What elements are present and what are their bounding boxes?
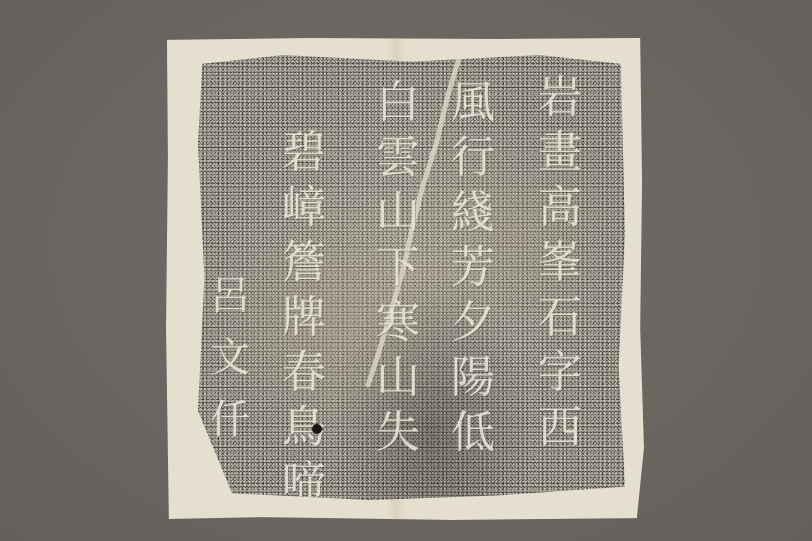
character: 陽 [451,350,495,405]
character: 字 [538,345,582,400]
character: 白 [376,75,420,130]
inscription-signature-column: 呂 文 仟 [210,265,250,451]
character: 低 [451,405,495,460]
ink-dot-mark [312,424,322,434]
inscription-column-1: 岩 畫 高 峯 石 字 西 [538,70,582,455]
inscription-column-3: 白 雲 山 下 寒 山 失 [376,75,420,460]
character: 牌 [282,290,326,345]
character: 綫 [451,185,495,240]
character: 西 [538,400,582,455]
character: 高 [538,180,582,235]
character: 寒 [376,295,420,350]
character: 下 [376,240,420,295]
character: 山 [376,350,420,405]
character: 岩 [538,70,582,125]
character: 石 [538,290,582,345]
character: 行 [451,130,495,185]
character: 碧 [282,125,326,180]
character: 風 [451,75,495,130]
inscription-column-2: 風 行 綫 芳 夕 陽 低 [451,75,495,460]
character: 雲 [376,130,420,185]
character: 畫 [538,125,582,180]
character: 夕 [451,295,495,350]
character: 峯 [538,235,582,290]
character: 芳 [451,240,495,295]
character: 嶂 [282,180,326,235]
character: 失 [376,405,420,460]
inscription-column-4: 碧 嶂 簷 牌 春 鳥 啼 [282,125,326,510]
character: 春 [282,345,326,400]
character: 仟 [210,389,250,451]
character: 簷 [282,235,326,290]
character: 呂 [210,265,250,327]
inked-inscription-area: 岩 畫 高 峯 石 字 西 風 行 綫 芳 夕 陽 低 白 雲 山 下 寒 山 … [198,55,625,500]
character: 文 [210,327,250,389]
character: 山 [376,185,420,240]
